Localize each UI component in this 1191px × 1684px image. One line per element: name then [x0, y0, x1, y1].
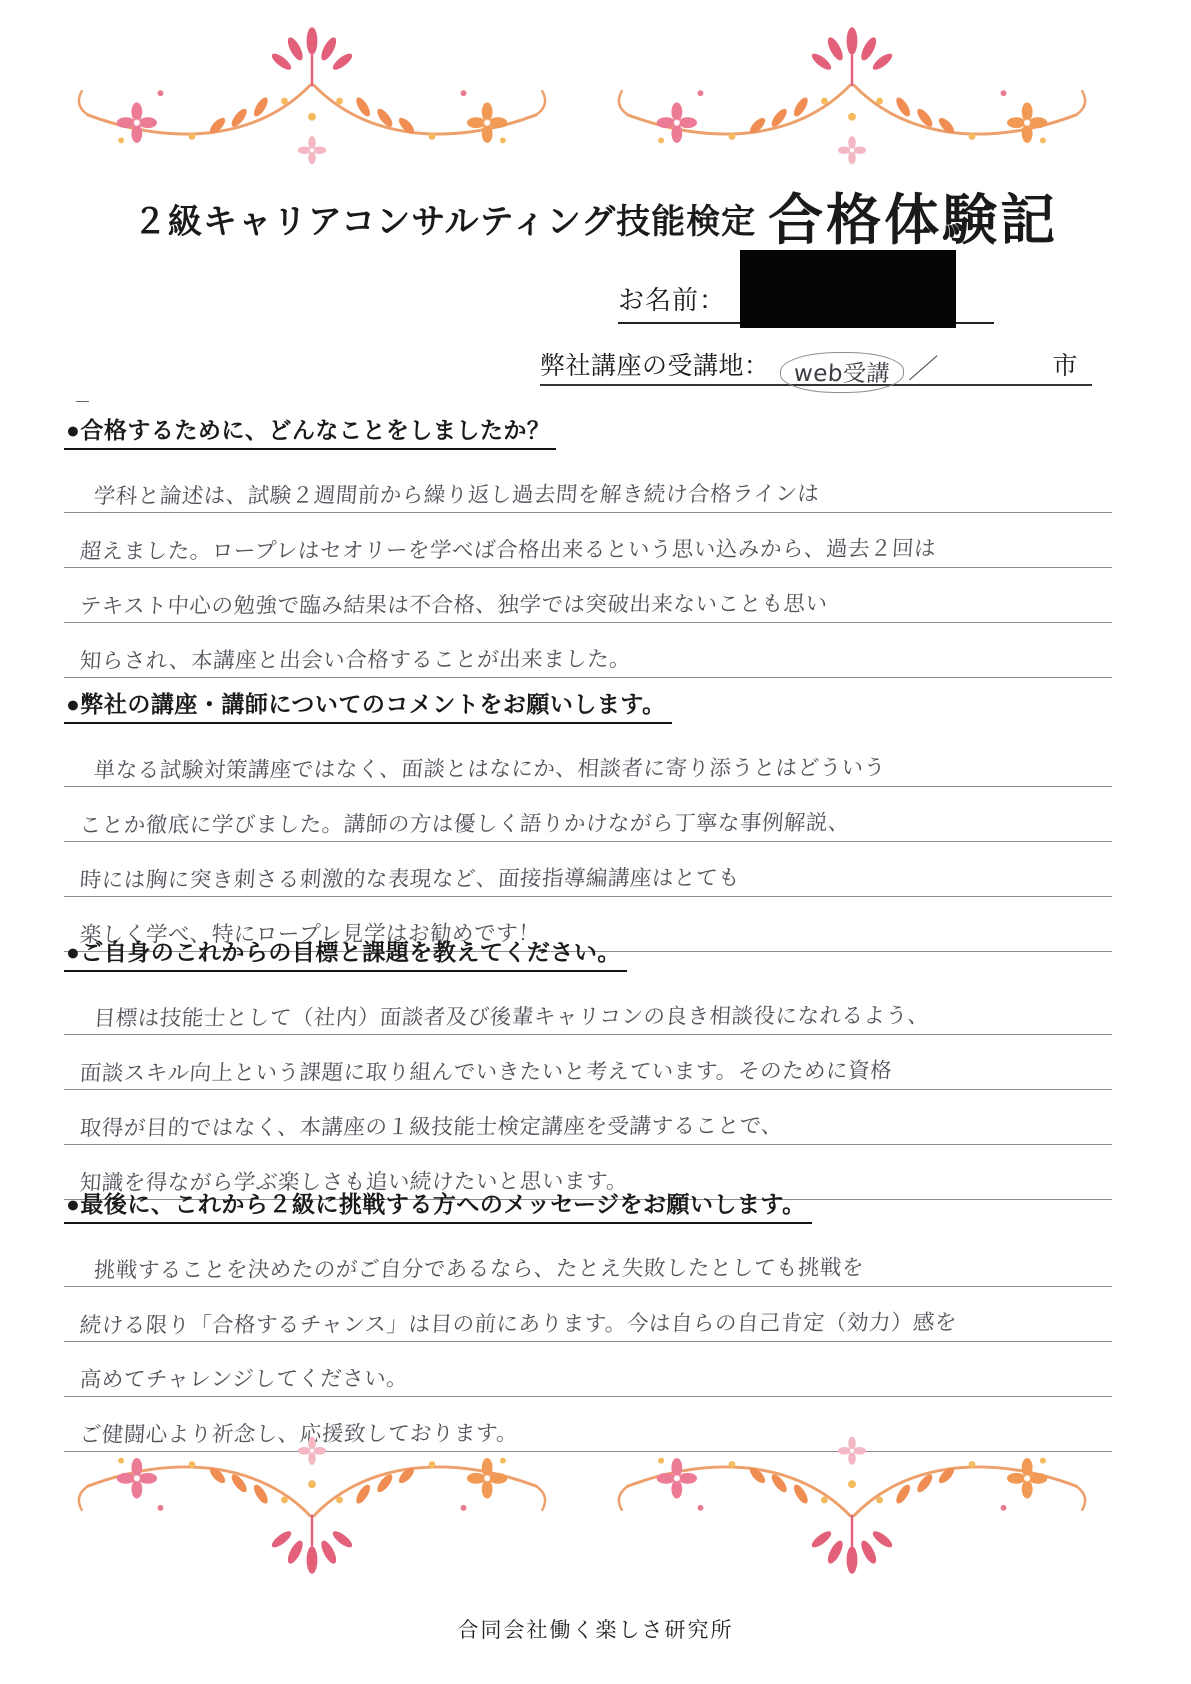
handwritten-text: 知らされ、本講座と出会い合格することが出来ました。	[79, 642, 632, 675]
answer-line: ことか徹底に学びました。講師の方は優しく語りかけながら丁寧な事例解説、	[64, 787, 1112, 842]
stray-dash-mark: －	[74, 388, 91, 413]
handwritten-text: 学科と論述は、試験２週間前から繰り返し過去問を解き続け合格ラインは	[93, 477, 821, 511]
question-text: ●弊社の講座・講師についてのコメントをお願いします。	[64, 686, 672, 724]
section-course-comments: ●弊社の講座・講師についてのコメントをお願いします。 単なる試験対策講座ではなく…	[64, 686, 1112, 952]
footer: 合同会社働く楽しさ研究所	[0, 1614, 1191, 1644]
handwritten-text: 挑戦することを決めたのがご自分であるなら、たとえ失敗したとしても挑戦を	[93, 1251, 865, 1285]
question-text: ●合格するために、どんなことをしましたか？	[64, 412, 556, 450]
section-message: ●最後に、これから２級に挑戦する方へのメッセージをお願いします。 挑戦することを…	[64, 1186, 1112, 1452]
question-heading: ●合格するために、どんなことをしましたか？	[64, 412, 1112, 452]
section-goals: ●ご自身のこれからの目標と課題を教えてください。 目標は技能士として（社内）面談…	[64, 934, 1112, 1200]
handwritten-text: 超えました。ロープレはセオリーを学べば合格出来るという思い込みから、過去２回は	[79, 532, 937, 566]
question-text: ●最後に、これから２級に挑戦する方へのメッセージをお願いします。	[64, 1186, 812, 1224]
circled-web-attendance: web受講	[778, 352, 904, 393]
location-field: 弊社講座の受講地： web受講 ／ 市	[540, 338, 1092, 386]
handwritten-text: ことか徹底に学びました。講師の方は優しく語りかけながら丁寧な事例解説、	[79, 806, 851, 840]
answer-line: 高めてチャレンジしてください。	[64, 1342, 1112, 1397]
handwritten-text: 時には胸に突き刺さる刺激的な表現など、面接指導編講座はとても	[79, 861, 741, 894]
document-page: ２級キャリアコンサルティング技能検定合格体験記 お名前： 弊社講座の受講地： w…	[0, 0, 1191, 1684]
name-label: お名前：	[618, 280, 726, 317]
question-heading: ●最後に、これから２級に挑戦する方へのメッセージをお願いします。	[64, 1186, 1112, 1226]
handwritten-text: テキスト中心の勉強で臨み結果は不合格、独学では突破出来ないことも思い	[79, 587, 829, 621]
answer-line: 挑戦することを決めたのがご自分であるなら、たとえ失敗したとしても挑戦を	[64, 1232, 1112, 1287]
name-field: お名前：	[618, 256, 994, 324]
title-main: 合格体験記	[768, 189, 1058, 251]
handwritten-text: 高めてチャレンジしてください。	[79, 1361, 409, 1393]
floral-ornament-top-right	[606, 24, 1098, 182]
answer-line: 超えました。ロープレはセオリーを学べば合格出来るという思い込みから、過去２回は	[64, 513, 1112, 568]
question-heading: ●ご自身のこれからの目標と課題を教えてください。	[64, 934, 1112, 974]
location-city-suffix: 市	[1052, 346, 1078, 382]
handwritten-text: 続ける限り「合格するチャンス」は目の前にあります。今は自らの自己肯定（効力）感を	[79, 1305, 958, 1339]
title-certification-name: ２級キャリアコンサルティング技能検定	[133, 203, 756, 241]
answer-line: 学科と論述は、試験２週間前から繰り返し過去問を解き続け合格ラインは	[64, 458, 1112, 513]
answer-line: 時には胸に突き刺さる刺激的な表現など、面接指導編講座はとても	[64, 842, 1112, 897]
handwritten-text: 取得が目的ではなく、本講座の１級技能士検定講座を受講することで、	[79, 1109, 784, 1142]
location-label: 弊社講座の受講地：	[540, 346, 770, 382]
question-heading: ●弊社の講座・講師についてのコメントをお願いします。	[64, 686, 1112, 726]
answer-line: 単なる試験対策講座ではなく、面談とはなにか、相談者に寄り添うとはどういう	[64, 732, 1112, 787]
answer-line: ご健闘心より祈念し、応援致しております。	[64, 1397, 1112, 1452]
answer-line: 面談スキル向上という課題に取り組んでいきたいと考えています。そのために資格	[64, 1035, 1112, 1090]
handwritten-text: ご健闘心より祈念し、応援致しております。	[79, 1416, 519, 1449]
floral-ornament-top-left	[66, 24, 558, 182]
answer-line: テキスト中心の勉強で臨み結果は不合格、独学では突破出来ないことも思い	[64, 568, 1112, 623]
handwritten-text: 目標は技能士として（社内）面談者及び後輩キャリコンの良き相談役になれるよう、	[93, 999, 931, 1033]
answer-line: 知らされ、本講座と出会い合格することが出来ました。	[64, 623, 1112, 678]
document-title: ２級キャリアコンサルティング技能検定合格体験記	[0, 176, 1191, 255]
answer-line: 目標は技能士として（社内）面談者及び後輩キャリコンの良き相談役になれるよう、	[64, 980, 1112, 1035]
section-preparation: ●合格するために、どんなことをしましたか？ 学科と論述は、試験２週間前から繰り返…	[64, 412, 1112, 678]
handwritten-text: 単なる試験対策講座ではなく、面談とはなにか、相談者に寄り添うとはどういう	[93, 751, 887, 785]
company-name: 合同会社働く楽しさ研究所	[458, 1619, 734, 1642]
answer-line: 続ける限り「合格するチャンス」は目の前にあります。今は自らの自己肯定（効力）感を	[64, 1287, 1112, 1342]
location-separator: ／	[907, 347, 940, 386]
redacted-name-box	[740, 250, 956, 328]
question-text: ●ご自身のこれからの目標と課題を教えてください。	[64, 934, 627, 972]
answer-line: 取得が目的ではなく、本講座の１級技能士検定講座を受講することで、	[64, 1090, 1112, 1145]
handwritten-text: 面談スキル向上という課題に取り組んでいきたいと考えています。そのために資格	[79, 1054, 893, 1088]
